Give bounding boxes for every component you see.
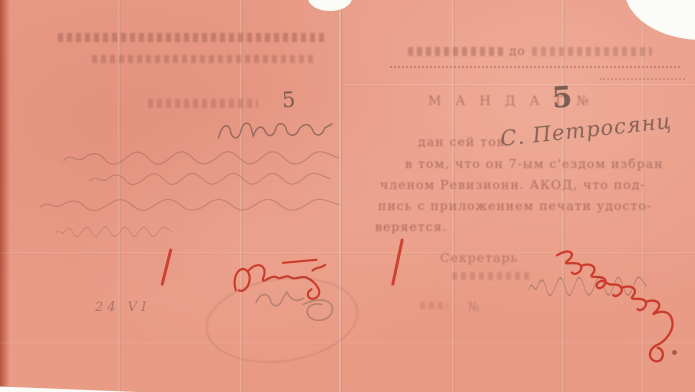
- body-line: веряется.: [375, 219, 448, 234]
- red-ink-signature: [518, 236, 695, 387]
- body-line: пись с приложением печати удосто-: [378, 198, 652, 213]
- faded-typed-line: [452, 272, 532, 280]
- faded-typed-segment: [532, 47, 652, 56]
- faded-handwriting-line: [38, 196, 343, 212]
- body-line: в том, что он 7-ым с'ездом избран: [405, 156, 663, 171]
- torn-corner-notch: [624, 0, 695, 40]
- handwritten-name: С. Петросянц: [499, 109, 673, 151]
- handwritten-number: 5: [281, 88, 296, 113]
- handwritten-name-scribble: [215, 116, 337, 146]
- issued-line: дан сей тов.: [418, 134, 510, 149]
- handwritten-number: 5: [551, 79, 574, 114]
- fold-crease: [452, 0, 455, 392]
- date-mark: 24 VI: [95, 300, 150, 315]
- faded-typed-segment: [408, 47, 503, 56]
- secretary-label: Секретарь: [440, 250, 518, 265]
- faded-handwriting-line: [55, 224, 173, 238]
- faded-handwriting-line: [88, 170, 333, 186]
- torn-bottom-sliver: [0, 380, 161, 392]
- faded-title-line: [148, 99, 258, 108]
- scanned-document: 5: [0, 0, 695, 392]
- faded-typed-line: [58, 33, 328, 42]
- horizontal-crease: [345, 84, 695, 87]
- torn-edge-notch: [308, 0, 352, 11]
- header-fragment: до: [509, 44, 526, 58]
- red-ink-slash: [391, 238, 403, 285]
- footer-number-mark: №: [468, 300, 479, 314]
- faded-mark: [420, 302, 448, 309]
- dark-paper-edge: [0, 0, 10, 392]
- dotted-rule: [390, 66, 680, 68]
- paper-sheet: 5: [0, 0, 695, 392]
- body-line: членом Ревизионн. АКОД, что под-: [380, 177, 646, 192]
- ink-dot-blemish: [672, 350, 677, 355]
- dotted-rule: [600, 78, 685, 80]
- faded-handwriting-line: [62, 148, 342, 166]
- faded-typed-line: [92, 55, 317, 63]
- faded-header-line: до: [408, 44, 652, 58]
